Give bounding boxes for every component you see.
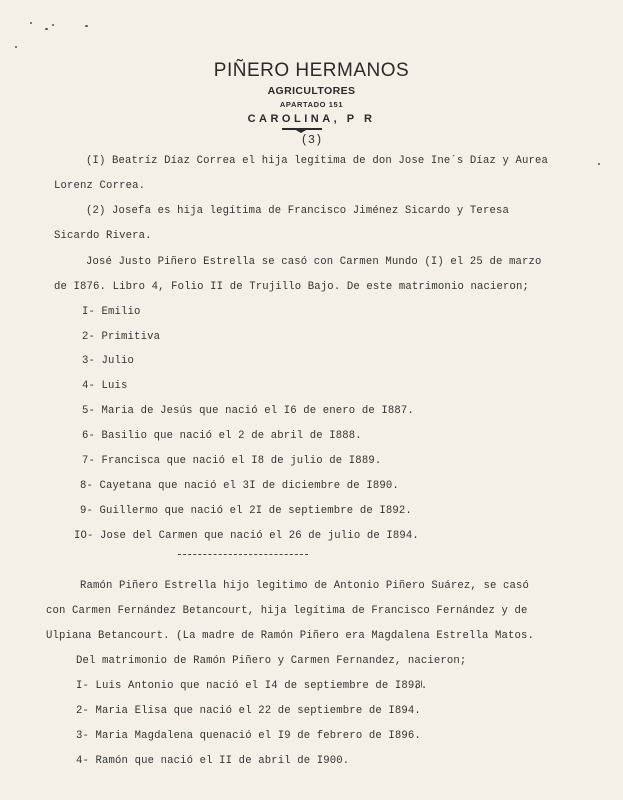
paper-speck [85,25,88,27]
child2-list-item: I- Luis Antonio que nació el I4 de septi… [76,680,427,692]
child1-list-item: 5- Maria de Jesús que nació el I6 de ene… [82,405,414,417]
child1-list-item: I- Emilio [82,306,141,318]
letterhead-company: PIÑERO HERMANOS [0,60,623,82]
paper-speck [30,22,32,24]
child1-list-item: 6- Basilio que nació el 2 de abril de I8… [82,430,362,442]
paper-speck [598,163,600,165]
child1-list-item: IO- Jose del Carmen que nació el 26 de j… [74,530,419,542]
section-divider [178,554,308,555]
paper-speck [45,28,48,30]
paper-speck [52,24,54,26]
child1-list-item: 2- Primitiva [82,331,160,343]
child1-list-item: 7- Francisca que nació el I8 de julio de… [82,455,381,467]
letterhead-po-box: APARTADO 151 [0,100,623,109]
note-1-line-2: Lorenz Correa. [54,180,145,192]
marriage2-line-3: Ulpiana Betancourt. (La madre de Ramón P… [46,630,534,642]
letterhead-subtitle: AGRICULTORES [0,85,623,97]
marriage2-line-1: Ramón Piñero Estrella hijo legitimo de A… [80,580,529,592]
document-page: PIÑERO HERMANOS AGRICULTORES APARTADO 15… [0,0,623,800]
paper-speck [15,46,17,48]
note-2-line-1: (2) Josefa es hija legítima de Francisco… [86,205,509,217]
child1-list-item: 9- Guillermo que nació el 2I de septiemb… [80,505,412,517]
child2-list-item: 2- Maria Elisa que nació el 22 de septie… [76,705,421,717]
child1-list-item: 3- Julio [82,355,134,367]
paper-speck [421,680,422,688]
child1-list-item: 4- Luis [82,380,128,392]
marriage1-line-1: José Justo Piñero Estrella se casó con C… [86,256,542,268]
marriage2-line-4: Del matrimonio de Ramón Piñero y Carmen … [76,655,466,667]
paper-speck [416,683,417,689]
page-number: (3) [0,133,623,147]
note-1-line-1: (I) Beatríz Díaz Correa el hija legítima… [86,155,548,167]
marriage1-line-2: de I876. Libro 4, Folio II de Trujillo B… [54,281,529,293]
letterhead-city: CAROLINA, P R [0,113,623,125]
child2-list-item: 4- Ramón que nació el II de abril de I90… [76,755,349,767]
child1-list-item: 8- Cayetana que nació el 3I de diciembre… [80,480,399,492]
marriage2-line-2: con Carmen Fernández Betancourt, hija le… [46,605,528,617]
child2-list-item: 3- Maria Magdalena quenació el I9 de feb… [76,730,421,742]
note-2-line-2: Sicardo Rivera. [54,230,152,242]
